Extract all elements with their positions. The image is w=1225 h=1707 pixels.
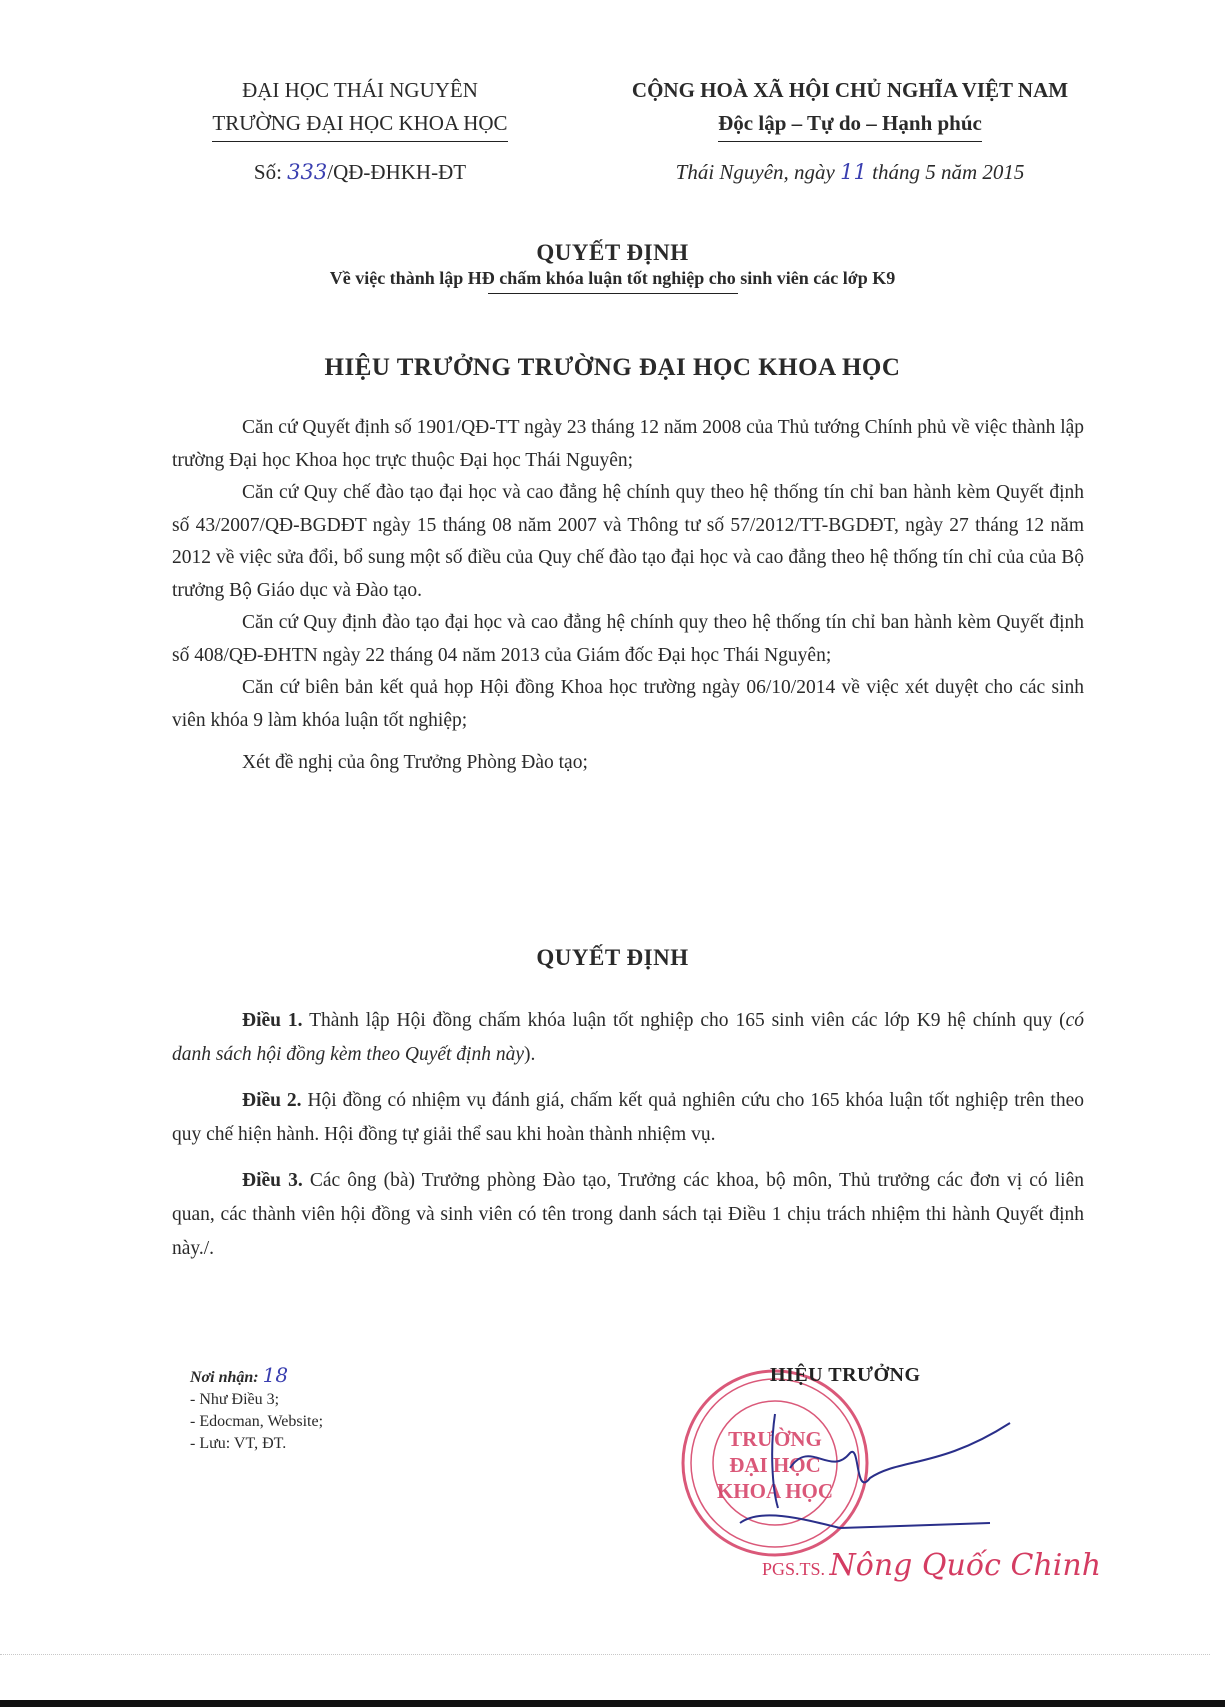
issuer-header: ĐẠI HỌC THÁI NGUYÊN TRƯỜNG ĐẠI HỌC KHOA … (160, 74, 560, 189)
country-name: CỘNG HOÀ XÃ HỘI CHỦ NGHĨA VIỆT NAM (580, 74, 1120, 107)
article-3: Điều 3. Các ông (bà) Trưởng phòng Đào tạ… (172, 1164, 1084, 1266)
document-number: Số: 333/QĐ-ĐHKH-ĐT (160, 156, 560, 189)
handwritten-day: 11 (840, 160, 867, 184)
svg-text:TRƯỜNG: TRƯỜNG (728, 1427, 822, 1451)
handwritten-count: 18 (263, 1363, 288, 1387)
preamble-paragraph: Xét đề nghị của ông Trưởng Phòng Đào tạo… (172, 747, 1084, 780)
preamble-paragraph: Căn cứ Quy định đào tạo đại học và cao đ… (172, 607, 1084, 672)
preamble-paragraph: Căn cứ Quy chế đào tạo đại học và cao đẳ… (172, 477, 1084, 607)
document-title-block: QUYẾT ĐỊNH Về việc thành lập HĐ chấm khó… (0, 240, 1225, 294)
signatory-name: PGS.TS. Nông Quốc Chinh (762, 1548, 1101, 1583)
organization-name: TRƯỜNG ĐẠI HỌC KHOA HỌC (212, 107, 507, 142)
parent-organization: ĐẠI HỌC THÁI NGUYÊN (160, 74, 560, 107)
recipient-item: - Lưu: VT, ĐT. (190, 1433, 323, 1455)
recipient-item: - Như Điều 3; (190, 1389, 323, 1411)
recipients-block: Nơi nhận: 18 - Như Điều 3; - Edocman, We… (190, 1364, 323, 1455)
document-title: QUYẾT ĐỊNH (0, 240, 1225, 266)
preamble: Căn cứ Quyết định số 1901/QĐ-TT ngày 23 … (172, 412, 1084, 780)
handwritten-number: 333 (287, 160, 327, 184)
document-subject: Về việc thành lập HĐ chấm khóa luận tốt … (0, 268, 1225, 289)
title-divider (488, 293, 738, 294)
preamble-paragraph: Căn cứ biên bản kết quả họp Hội đồng Kho… (172, 672, 1084, 737)
document-date: Thái Nguyên, ngày 11 tháng 5 năm 2015 (580, 156, 1120, 189)
article-1: Điều 1. Thành lập Hội đồng chấm khóa luậ… (172, 1004, 1084, 1072)
national-header: CỘNG HOÀ XÃ HỘI CHỦ NGHĨA VIỆT NAM Độc l… (580, 74, 1120, 189)
decision-heading: QUYẾT ĐỊNH (0, 945, 1225, 971)
scan-edge-line (0, 1654, 1210, 1655)
national-motto: Độc lập – Tự do – Hạnh phúc (718, 107, 982, 142)
signature-block: TRƯỜNG ĐẠI HỌC KHOA HỌC HIỆU TRƯỞNG PGS.… (680, 1358, 1080, 1598)
signatory-title: HIỆU TRƯỞNG (770, 1364, 921, 1387)
authority-heading: HIỆU TRƯỞNG TRƯỜNG ĐẠI HỌC KHOA HỌC (0, 354, 1225, 382)
recipient-item: - Edocman, Website; (190, 1411, 323, 1433)
scan-bottom-border (0, 1700, 1225, 1707)
recipients-label: Nơi nhận (190, 1369, 253, 1386)
preamble-paragraph: Căn cứ Quyết định số 1901/QĐ-TT ngày 23 … (172, 412, 1084, 477)
article-2: Điều 2. Hội đồng có nhiệm vụ đánh giá, c… (172, 1084, 1084, 1152)
articles: Điều 1. Thành lập Hội đồng chấm khóa luậ… (172, 1004, 1084, 1278)
